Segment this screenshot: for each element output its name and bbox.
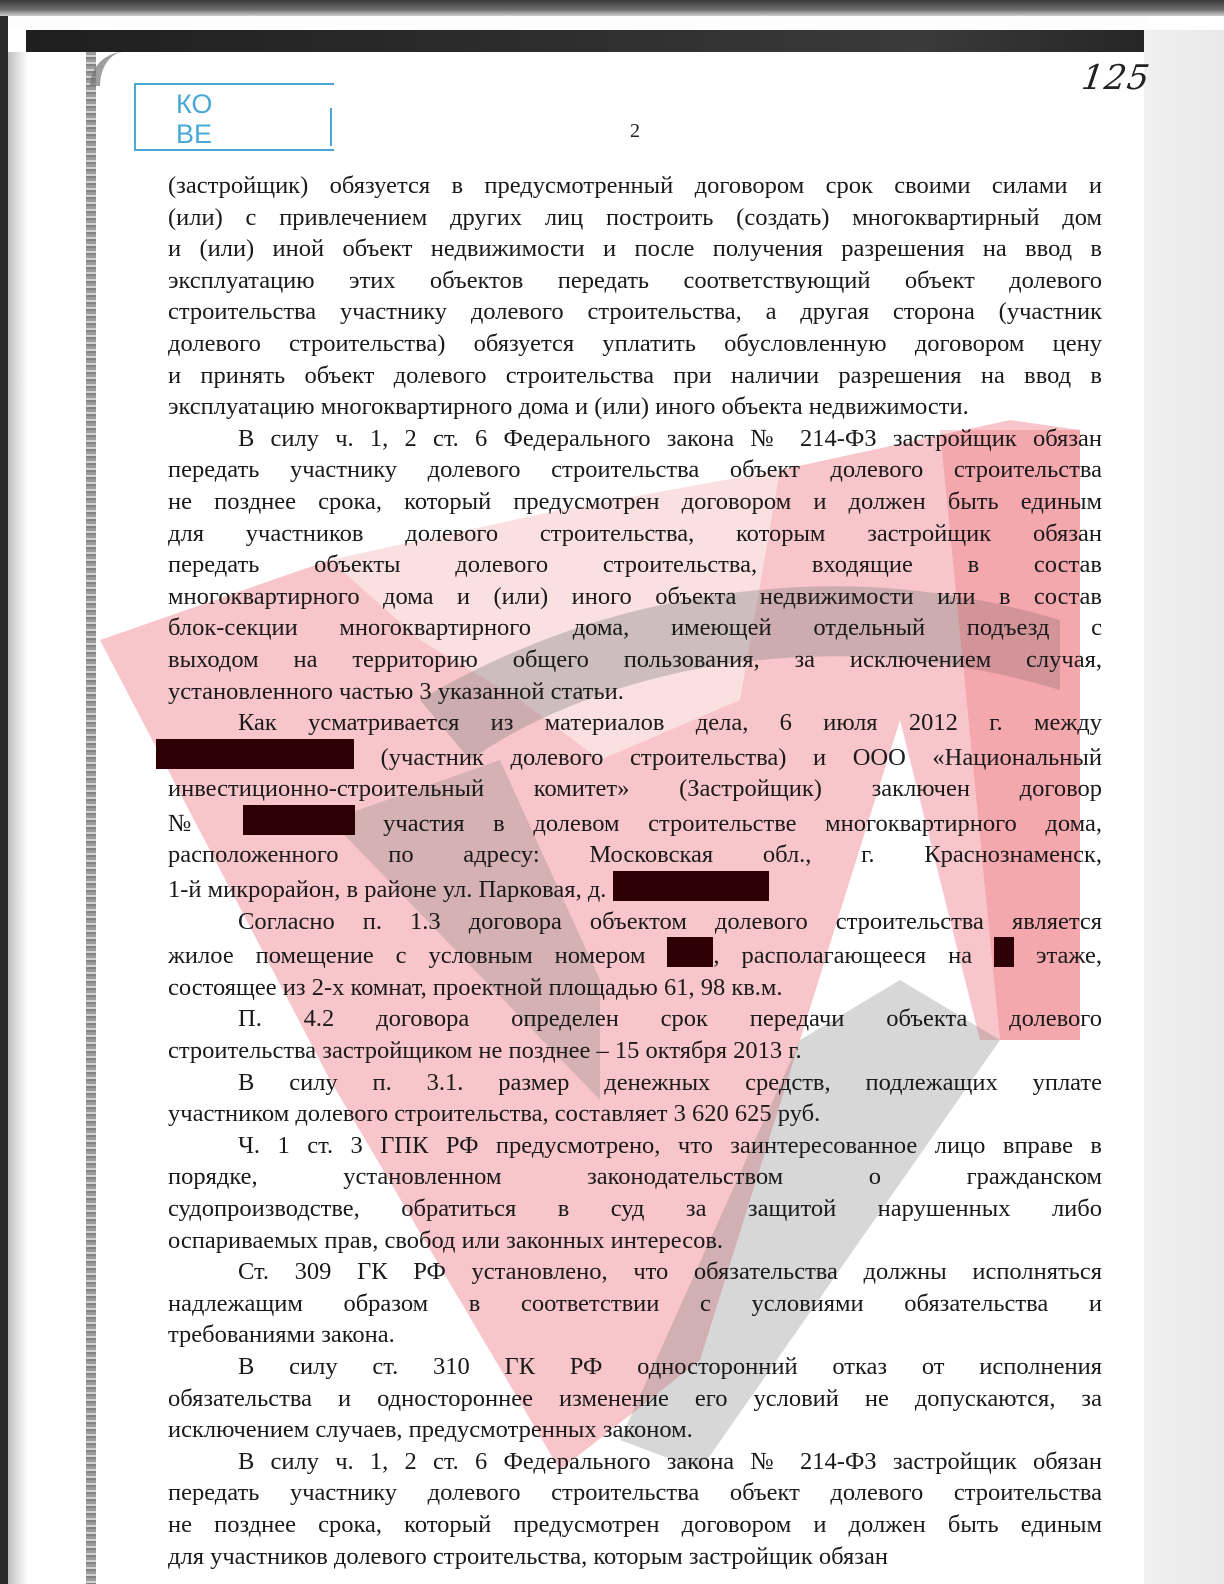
- paragraph: Ст. 309 ГК РФ установлено, что обязатель…: [168, 1256, 1102, 1351]
- text-line: долевого строительства) обязуется уплати…: [168, 328, 1102, 360]
- text-line: не позднее срока, который предусмотрен д…: [168, 1509, 1102, 1541]
- text-line: (застройщик) обязуется в предусмотренный…: [168, 170, 1102, 202]
- blue-stamp: КО ВЕ: [134, 83, 334, 151]
- text-line: расположенного по адресу: Московская обл…: [168, 839, 1102, 871]
- text-line: порядке, установленном законодательством…: [168, 1161, 1102, 1193]
- binding-shadow: [86, 52, 96, 1584]
- redaction-block: [613, 871, 769, 901]
- stamp-line-1: КО: [176, 89, 334, 119]
- scanner-left-shadow: [8, 52, 28, 1584]
- text-line: В силу п. 3.1. размер денежных средств, …: [168, 1067, 1102, 1099]
- paragraph: Как усматривается из материалов дела, 6 …: [168, 707, 1102, 906]
- text-line: оспариваемых прав, свобод или законных и…: [168, 1225, 1102, 1257]
- text-line: передать участнику долевого строительств…: [168, 454, 1102, 486]
- text-line: участником долевого строительства, соста…: [168, 1098, 1102, 1130]
- scanner-right-margin: [1144, 30, 1224, 1584]
- text-line: требованиями закона.: [168, 1319, 1102, 1351]
- stamp-border-fragment: [330, 108, 332, 146]
- text-line: В силу ч. 1, 2 ст. 6 Федерального закона…: [168, 423, 1102, 455]
- scanner-top-edge: [0, 0, 1224, 16]
- text-line: надлежащим образом в соответствии с усло…: [168, 1288, 1102, 1320]
- scanner-left-edge: [0, 16, 8, 1584]
- text-line: обязательства и одностороннее изменение …: [168, 1383, 1102, 1415]
- text-line: В силу ч. 1, 2 ст. 6 Федерального закона…: [168, 1446, 1102, 1478]
- text-line: для участников долевого строительства, к…: [168, 1541, 1102, 1573]
- text-line: исключением случаев, предусмотренных зак…: [168, 1414, 1102, 1446]
- text-line: выходом на территорию общего пользования…: [168, 644, 1102, 676]
- paragraph: В силу п. 3.1. размер денежных средств, …: [168, 1067, 1102, 1130]
- text-line: эксплуатацию этих объектов передать соот…: [168, 265, 1102, 297]
- text-line: инвестиционно-строительный комитет» (Зас…: [168, 773, 1102, 805]
- text-line: и принять объект долевого строительства …: [168, 360, 1102, 392]
- paragraph: В силу ч. 1, 2 ст. 6 Федерального закона…: [168, 423, 1102, 707]
- text-line: не позднее срока, который предусмотрен д…: [168, 486, 1102, 518]
- paragraph: В силу ч. 1, 2 ст. 6 Федерального закона…: [168, 1446, 1102, 1572]
- scanner-shadow-strip: [26, 30, 1144, 52]
- text-line: для участников долевого строительства, к…: [168, 518, 1102, 550]
- paragraph: Согласно п. 1.3 договора объектом долево…: [168, 906, 1102, 1004]
- text-line: многоквартирного дома и (или) иного объе…: [168, 581, 1102, 613]
- text-line: В силу ст. 310 ГК РФ односторонний отказ…: [168, 1351, 1102, 1383]
- text-line: Ч. 1 ст. 3 ГПК РФ предусмотрено, что заи…: [168, 1130, 1102, 1162]
- page-number: 2: [630, 120, 640, 143]
- document-body: (застройщик) обязуется в предусмотренный…: [168, 170, 1102, 1572]
- text-line: П. 4.2 договора определен срок передачи …: [168, 1003, 1102, 1035]
- paragraph: Ч. 1 ст. 3 ГПК РФ предусмотрено, что заи…: [168, 1130, 1102, 1256]
- redaction-block: [243, 805, 355, 835]
- text-line: эксплуатацию многоквартирного дома и (ил…: [168, 391, 1102, 423]
- redaction-block: [994, 937, 1014, 967]
- redaction-block: [156, 739, 354, 769]
- paragraph: П. 4.2 договора определен срок передачи …: [168, 1003, 1102, 1066]
- text-line: (или) с привлечением других лиц построит…: [168, 202, 1102, 234]
- paragraph: (застройщик) обязуется в предусмотренный…: [168, 170, 1102, 423]
- text-line: судопроизводстве, обратиться в суд за за…: [168, 1193, 1102, 1225]
- text-line: и (или) иной объект недвижимости и после…: [168, 233, 1102, 265]
- text-line: блок-секции многоквартирного дома, имеющ…: [168, 612, 1102, 644]
- text-line: жилое помещение с условным номером , рас…: [168, 937, 1102, 972]
- text-line: передать участнику долевого строительств…: [168, 1477, 1102, 1509]
- scanner-top-margin: [0, 16, 1150, 30]
- stamp-line-2: ВЕ: [176, 119, 334, 149]
- text-line: Как усматривается из материалов дела, 6 …: [168, 707, 1102, 739]
- text-line: (участник долевого строительства) и ООО …: [156, 739, 1102, 774]
- text-line: передать объекты долевого строительства,…: [168, 549, 1102, 581]
- text-line: Согласно п. 1.3 договора объектом долево…: [168, 906, 1102, 938]
- text-line: № участия в долевом строительстве многок…: [168, 805, 1102, 840]
- text-line: строительства участнику долевого строите…: [168, 296, 1102, 328]
- handwritten-sheet-number: 125: [1079, 58, 1153, 98]
- redaction-block: [667, 937, 713, 967]
- text-line: 1-й микрорайон, в районе ул. Парковая, д…: [168, 871, 1102, 906]
- text-line: строительства застройщиком не позднее – …: [168, 1035, 1102, 1067]
- text-line: состоящее из 2-х комнат, проектной площа…: [168, 972, 1102, 1004]
- text-line: установленного частью 3 указанной статьи…: [168, 676, 1102, 708]
- paragraph: В силу ст. 310 ГК РФ односторонний отказ…: [168, 1351, 1102, 1446]
- text-line: Ст. 309 ГК РФ установлено, что обязатель…: [168, 1256, 1102, 1288]
